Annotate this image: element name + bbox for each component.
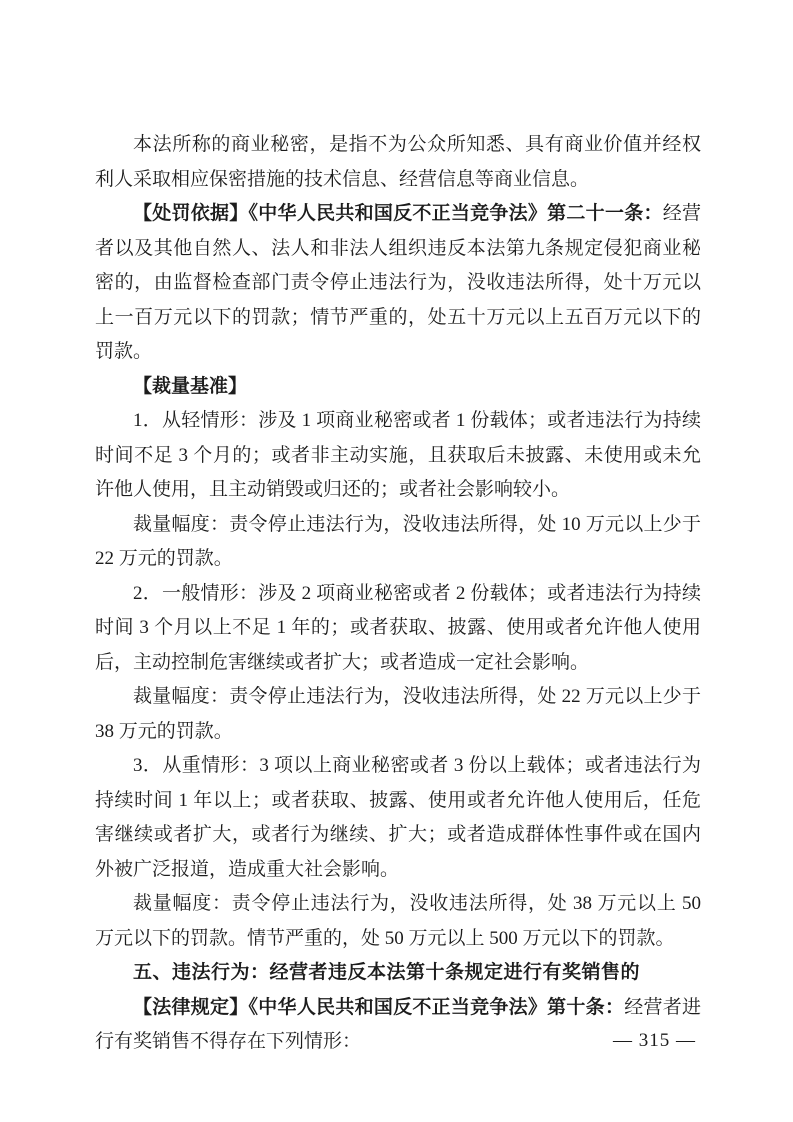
para-lenient-circumstance: 1．从轻情形：涉及 1 项商业秘密或者 1 份载体；或者违法行为持续时间不足 3… (95, 404, 701, 508)
text-segment: 1．从轻情形：涉及 1 项商业秘密或者 1 份载体；或者违法行为持续时间不足 3… (95, 410, 701, 500)
page-footer: — 315 — (613, 1030, 696, 1052)
para-discretion-benchmark-header: 【裁量基准】 (95, 370, 701, 405)
text-segment: 经营者以及其他自然人、法人和非法人组织违反本法第九条规定侵犯商业秘密的，由监督检… (95, 203, 701, 362)
para-penalty-basis: 【处罚依据】《中华人民共和国反不正当竞争法》第二十一条：经营者以及其他自然人、法… (95, 197, 701, 370)
para-lenient-range: 裁量幅度：责令停止违法行为，没收违法所得，处 10 万元以上少于 22 万元的罚… (95, 508, 701, 577)
penalty-basis-label: 【处罚依据】《中华人民共和国反不正当竞争法》第二十一条： (133, 203, 663, 224)
heading-text: 五、违法行为：经营者违反本法第十条规定进行有奖销售的 (133, 962, 640, 983)
para-legal-provision: 【法律规定】《中华人民共和国反不正当竞争法》第十条：经营者进行有奖销售不得存在下… (95, 991, 701, 1060)
document-page: 本法所称的商业秘密，是指不为公众所知悉、具有商业价值并经权利人采取相应保密措施的… (0, 0, 793, 1122)
text-segment: 2．一般情形：涉及 2 项商业秘密或者 2 份载体；或者违法行为持续时间 3 个… (95, 583, 701, 673)
para-trade-secret-definition: 本法所称的商业秘密，是指不为公众所知悉、具有商业价值并经权利人采取相应保密措施的… (95, 128, 701, 197)
page-number: — 315 — (613, 1030, 696, 1051)
text-segment: 裁量幅度：责令停止违法行为，没收违法所得，处 10 万元以上少于 22 万元的罚… (95, 514, 701, 570)
para-severe-range: 裁量幅度：责令停止违法行为，没收违法所得，处 38 万元以上 50 万元以下的罚… (95, 887, 701, 956)
para-general-circumstance: 2．一般情形：涉及 2 项商业秘密或者 2 份载体；或者违法行为持续时间 3 个… (95, 577, 701, 681)
document-body: 本法所称的商业秘密，是指不为公众所知悉、具有商业价值并经权利人采取相应保密措施的… (95, 128, 701, 1060)
text-segment: 本法所称的商业秘密，是指不为公众所知悉、具有商业价值并经权利人采取相应保密措施的… (95, 134, 701, 190)
text-segment: 3．从重情形：3 项以上商业秘密或者 3 份以上载体；或者违法行为持续时间 1 … (95, 755, 701, 880)
legal-provision-label: 【法律规定】《中华人民共和国反不正当竞争法》第十条： (133, 997, 624, 1018)
heading-violation-5: 五、违法行为：经营者违反本法第十条规定进行有奖销售的 (95, 956, 701, 991)
para-severe-circumstance: 3．从重情形：3 项以上商业秘密或者 3 份以上载体；或者违法行为持续时间 1 … (95, 749, 701, 887)
discretion-benchmark-label: 【裁量基准】 (133, 376, 247, 397)
text-segment: 裁量幅度：责令停止违法行为，没收违法所得，处 38 万元以上 50 万元以下的罚… (95, 893, 701, 949)
text-segment: 裁量幅度：责令停止违法行为，没收违法所得，处 22 万元以上少于 38 万元的罚… (95, 686, 701, 742)
para-general-range: 裁量幅度：责令停止违法行为，没收违法所得，处 22 万元以上少于 38 万元的罚… (95, 680, 701, 749)
